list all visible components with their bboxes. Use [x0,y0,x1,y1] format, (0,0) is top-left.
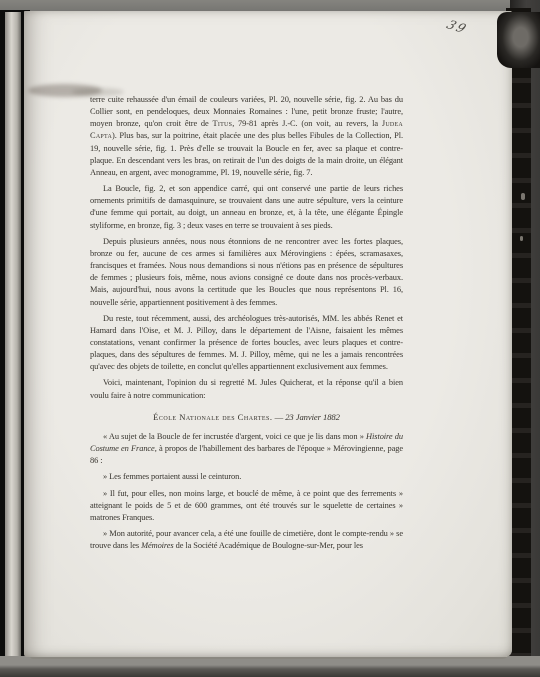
heading-date: 23 Janvier 1882 [285,412,340,422]
text-run: Du reste, tout récemment, aussi, des arc… [90,314,403,372]
heading-separator: — [275,412,284,422]
book-page: terre cuite rehaussée d'un émail de coul… [24,11,512,657]
paragraph: « Au sujet de la Boucle de fer incrustée… [90,431,403,467]
text-run: » Les femmes portaient aussi le ceinturo… [103,472,241,481]
text-run: Depuis plusieurs années, nous nous étonn… [90,237,403,307]
text-run: » Il fut, pour elles, non moins large, e… [90,489,403,522]
paragraph: Depuis plusieurs années, nous nous étonn… [90,236,403,309]
text-run: « Au sujet de la Boucle de fer incrustée… [103,432,366,441]
scanned-book-photo: terre cuite rehaussée d'un émail de coul… [0,0,540,677]
text-run: ). Plus bas, sur la poitrine, était plac… [90,131,403,176]
text-run: , 79-81 après J.-C. (on voit, au revers,… [232,119,382,128]
paragraph: terre cuite rehaussée d'un émail de coul… [90,94,403,179]
paragraph: La Boucle, fig. 2, et son appendice carr… [90,183,403,232]
paragraph: » Mon autorité, pour avancer cela, a été… [90,528,403,552]
book-page-edges-left [5,12,21,660]
scanner-background-bottom [0,656,540,677]
text-run: Mémoires [141,541,174,550]
paragraphs-after-heading: « Au sujet de la Boucle de fer incrustée… [90,431,403,552]
paragraph: » Les femmes portaient aussi le ceinturo… [90,471,403,483]
text-run: Voici, maintenant, l'opinion du si regre… [90,378,403,399]
text-run: Titus [213,119,233,128]
text-run: La Boucle, fig. 2, et son appendice carr… [90,184,403,229]
text-run: de la Société Académique de Boulogne-sur… [174,541,363,550]
paragraph: » Il fut, pour elles, non moins large, e… [90,488,403,524]
book-binding-clamp [497,12,540,68]
section-heading: École Nationale des Chartes. — 23 Janvie… [90,411,403,423]
page-edge-fleck [520,236,523,241]
paragraphs-before-heading: terre cuite rehaussée d'un émail de coul… [90,94,403,402]
heading-institution: École Nationale des Chartes. [153,412,272,422]
page-edge-fleck [521,193,525,200]
ink-smudge [72,88,124,96]
paragraph: Voici, maintenant, l'opinion du si regre… [90,377,403,401]
text-block: terre cuite rehaussée d'un émail de coul… [90,94,403,552]
paragraph: Du reste, tout récemment, aussi, des arc… [90,313,403,374]
